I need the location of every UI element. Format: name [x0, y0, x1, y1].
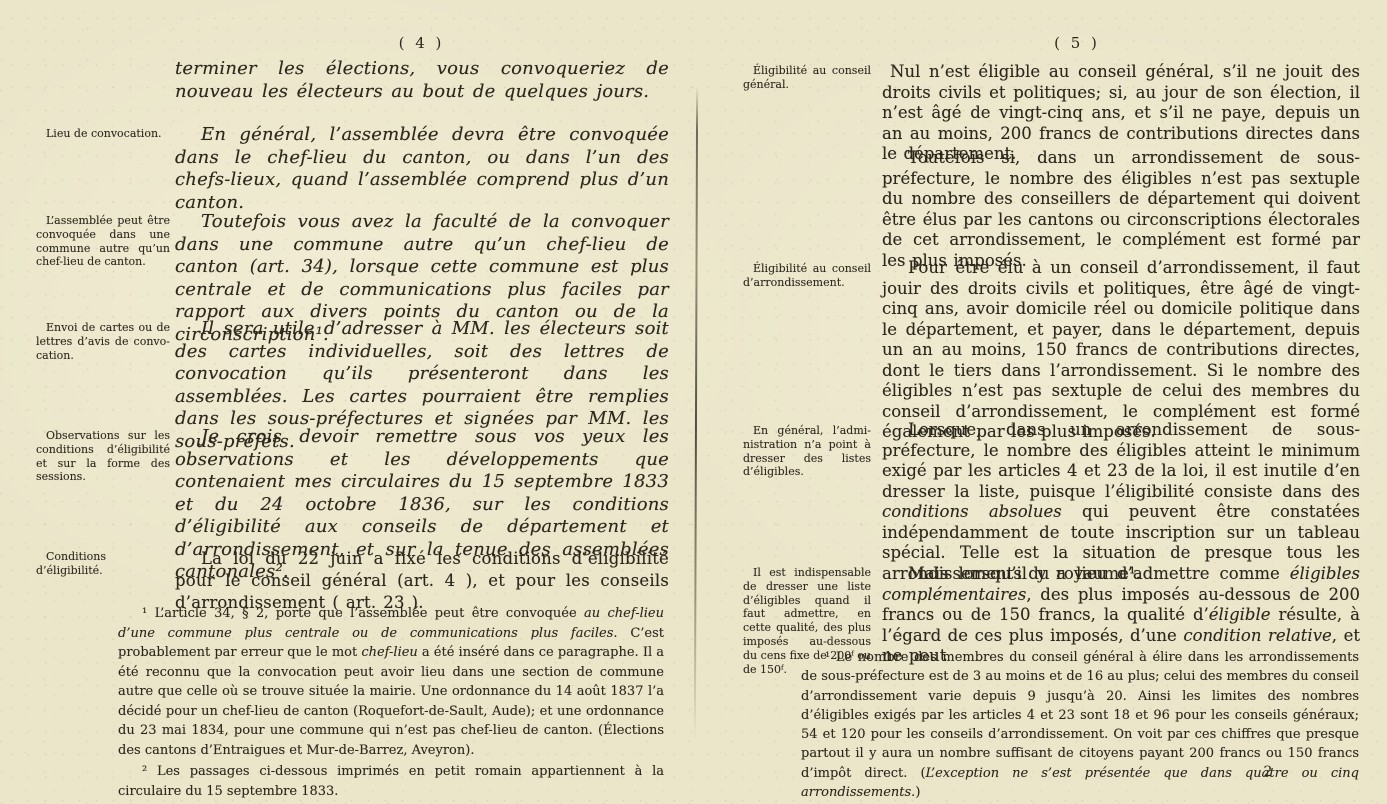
- margin-note-eligibilite-conseil-general: Éligibilité au conseil général.: [743, 64, 871, 92]
- page-5-number: ( 5 ): [997, 34, 1157, 52]
- footnote-1: ¹ L’article 34, § 2, porte que l’assembl…: [118, 604, 664, 760]
- body-paragraph: Toutefois si, dans un arrondissement de …: [882, 148, 1360, 271]
- footnote-2: ² Les passages ci-dessous imprimés en pe…: [118, 762, 664, 801]
- footnotes-page-4: ¹ L’article 34, § 2, porte que l’assembl…: [118, 604, 664, 801]
- body-paragraph: Lorsque, dans un arrondissement de sous-…: [882, 420, 1360, 584]
- margin-note-assemblee-autre-commune: L’assemblée peut être convoquée dans une…: [36, 214, 170, 269]
- body-paragraph: En général, l’assemblée devra être convo…: [175, 124, 669, 214]
- margin-note-observations: Observations sur les conditions d’éligib…: [36, 429, 170, 484]
- book-scan: ( 4 ) Lieu de convocation. L’assemblée p…: [0, 0, 1387, 804]
- page-4: ( 4 ) Lieu de convocation. L’assemblée p…: [0, 0, 697, 804]
- page-4-number: ( 4 ): [175, 34, 668, 52]
- margin-note-envoi-de-cartes: Envoi de cartes ou de lettres d’avis de …: [36, 321, 170, 362]
- page-5: ( 5 ) Éligibilité au conseil général. Él…: [697, 0, 1387, 804]
- body-paragraph: Pour être élu à un conseil d’arrondissem…: [882, 258, 1360, 443]
- margin-note-conditions-eligibilite: Conditions d’éligibilité.: [36, 550, 170, 578]
- margin-note-pas-de-listes: En général, l’admi­nistration n’a point …: [743, 424, 871, 479]
- signature-mark: 2: [1257, 764, 1279, 780]
- margin-note-eligibilite-conseil-arrondissement: Éligibilité au conseil d’arrondissement.: [743, 262, 871, 290]
- margin-note-lieu-de-convocation: Lieu de convocation.: [36, 127, 170, 141]
- body-paragraph: terminer les élections, vous convoquerie…: [175, 58, 669, 103]
